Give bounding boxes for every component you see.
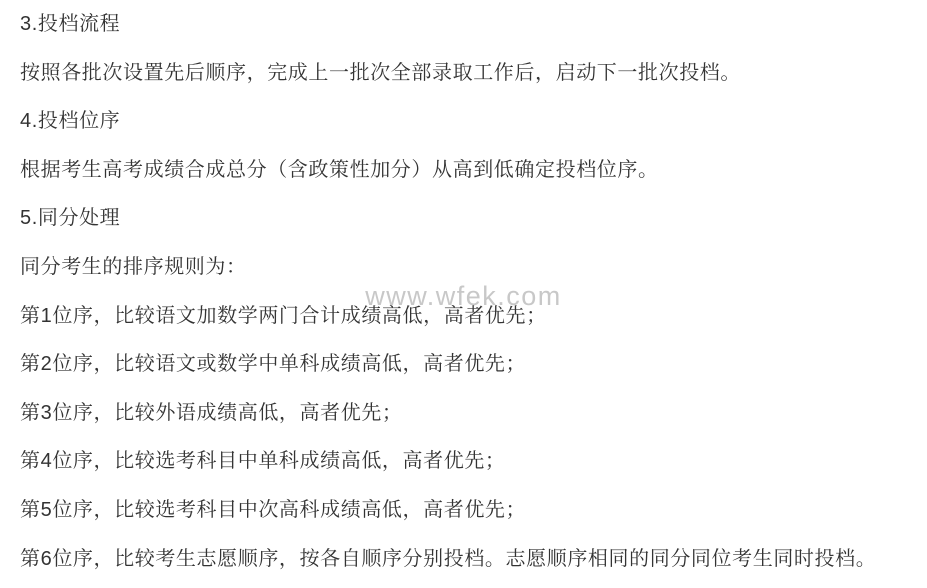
article-page: 3.投档流程按照各批次设置先后顺序，完成上一批次全部录取工作后，启动下一批次投档… xyxy=(0,0,927,588)
section-heading: 5.同分处理 xyxy=(20,194,907,243)
paragraph: 根据考生高考成绩合成总分（含政策性加分）从高到低确定投档位序。 xyxy=(20,146,907,195)
paragraph: 同分考生的排序规则为： xyxy=(20,243,907,292)
section-heading: 4.投档位序 xyxy=(20,97,907,146)
paragraph: 第5位序，比较选考科目中次高科成绩高低，高者优先； xyxy=(20,486,907,535)
article-body: 3.投档流程按照各批次设置先后顺序，完成上一批次全部录取工作后，启动下一批次投档… xyxy=(0,0,927,583)
paragraph: 第4位序，比较选考科目中单科成绩高低，高者优先； xyxy=(20,437,907,486)
paragraph: 第6位序，比较考生志愿顺序，按各自顺序分别投档。志愿顺序相同的同分同位考生同时投… xyxy=(20,535,907,584)
paragraph: 第3位序，比较外语成绩高低，高者优先； xyxy=(20,389,907,438)
paragraph: 第2位序，比较语文或数学中单科成绩高低，高者优先； xyxy=(20,340,907,389)
paragraph: 按照各批次设置先后顺序，完成上一批次全部录取工作后，启动下一批次投档。 xyxy=(20,49,907,98)
paragraph: 第1位序，比较语文加数学两门合计成绩高低，高者优先； xyxy=(20,292,907,341)
section-heading: 3.投档流程 xyxy=(20,0,907,49)
